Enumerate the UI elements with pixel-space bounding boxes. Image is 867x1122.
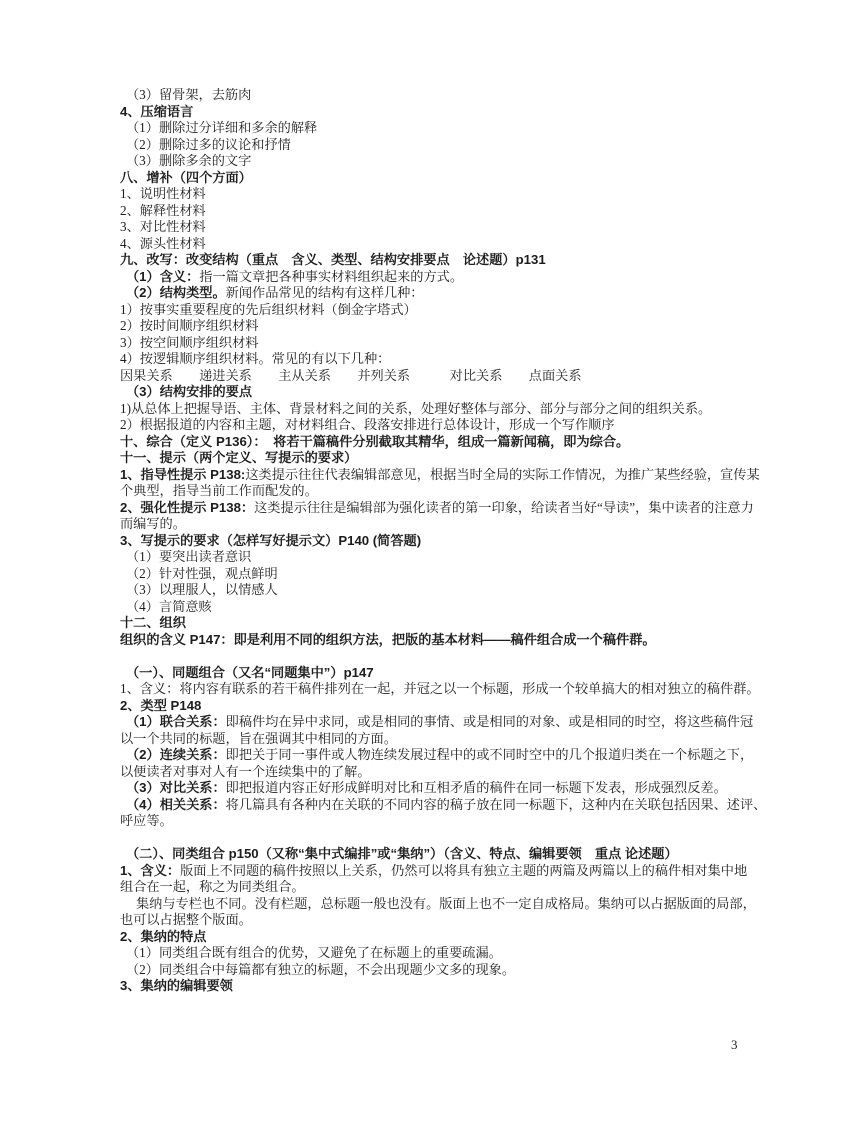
text-line: 3）按空间顺序组织材料 xyxy=(120,335,760,352)
text-line: 以一个共同的标题，旨在强调其中相同的方面。 xyxy=(120,731,760,748)
text-line: （4）相关关系：将几篇具有各种内在关联的不同内容的稿子放在同一标题下，这种内在关… xyxy=(120,797,760,814)
text-line: 组合在一起，称之为同类组合。 xyxy=(120,879,760,896)
text-line: （2）连续关系：即把关于同一事件或人物连续发展过程中的或不同时空中的几个报道归类… xyxy=(120,747,760,764)
bold-text-segment: 组织的含义 P147：即是利用不同的组织方法，把版的基本材料——稿件组合成一个稿… xyxy=(120,632,656,647)
text-segment: （3）删除多余的文字 xyxy=(126,153,251,168)
bold-text-segment: 1、指导性提示 P138: xyxy=(120,467,245,482)
text-segment: 以便读者对事对人有一个连续集中的了解。 xyxy=(120,764,371,779)
text-line: 1、含义：版面上不同题的稿件按照以上关系，仍然可以将具有独立主题的两篇及两篇以上… xyxy=(120,863,760,880)
text-line: 4、源头性材料 xyxy=(120,236,760,253)
text-segment: 集纳与专栏也不同。没有栏题，总标题一般也没有。版面上也不一定自成格局。集纳可以占… xyxy=(136,896,756,911)
bold-text-segment: 十二、组织 xyxy=(120,615,186,630)
text-line: （2）结构类型。新闻作品常见的结构有这样几种： xyxy=(120,285,760,302)
bold-text-segment: 八、增补（四个方面） xyxy=(120,170,252,185)
document-page: （3）留骨架，去筋肉4、压缩语言（1）删除过分详细和多余的解释（2）删除过多的议… xyxy=(0,0,867,1122)
text-line: 因果关系 递进关系 主从关系 并列关系 对比关系 点面关系 xyxy=(120,368,760,385)
text-segment: （2）针对性强，观点鲜明 xyxy=(126,566,278,581)
text-segment: （3）留骨架，去筋肉 xyxy=(126,87,251,102)
text-segment: 1、含义：将内容有联系的若干稿件排列在一起，并冠之以一个标题，形成一个较单搞大的… xyxy=(120,681,760,696)
text-line: 1、含义：将内容有联系的若干稿件排列在一起，并冠之以一个标题，形成一个较单搞大的… xyxy=(120,681,760,698)
text-line: 3、集纳的编辑要领 xyxy=(120,978,760,995)
text-segment: 1）按事实重要程度的先后组织材料（倒金字塔式） xyxy=(120,302,417,317)
text-line: （2）针对性强，观点鲜明 xyxy=(120,566,760,583)
text-segment: 1、说明性材料 xyxy=(120,186,206,201)
text-segment: （1）要突出读者意识 xyxy=(126,549,251,564)
text-line: 2、强化性提示 P138：这类提示往往是编辑部为强化读者的第一印象，给读者当好“… xyxy=(120,500,760,517)
text-line: 1、指导性提示 P138:这类提示往往代表编辑部意见，根据当时全局的实际工作情况… xyxy=(120,467,760,484)
text-segment: 即稿件均在异中求同，或是相同的事情、或是相同的对象、或是相同的时空，将这些稿件冠 xyxy=(226,714,754,729)
text-line: （3）对比关系：即把报道内容正好形成鲜明对比和互相矛盾的稿件在同一标题下发表，形… xyxy=(120,780,760,797)
bold-text-segment: 1、含义： xyxy=(120,863,180,878)
text-line: （1）联合关系：即稿件均在异中求同，或是相同的事情、或是相同的对象、或是相同的时… xyxy=(120,714,760,731)
text-line: 集纳与专栏也不同。没有栏题，总标题一般也没有。版面上也不一定自成格局。集纳可以占… xyxy=(120,896,760,913)
text-line: 九、改写：改变结构（重点 含义、类型、结构安排要点 论述题）p131 xyxy=(120,252,760,269)
text-segment: 新闻作品常见的结构有这样几种： xyxy=(226,285,424,300)
text-segment: 而编写的。 xyxy=(120,516,186,531)
text-line: （1）同类组合既有组合的优势，又避免了在标题上的重要疏漏。 xyxy=(120,945,760,962)
text-line: 1）按事实重要程度的先后组织材料（倒金字塔式） xyxy=(120,302,760,319)
text-line: （二）、同类组合 p150（又称“集中式编排”或“集纳”）（含义、特点、编辑要领… xyxy=(120,846,760,863)
text-line: 而编写的。 xyxy=(120,516,760,533)
text-line: 个典型，指导当前工作而配发的。 xyxy=(120,483,760,500)
bold-text-segment: （3）结构安排的要点 xyxy=(126,384,252,399)
text-line: （3）以理服人，以情感人 xyxy=(120,582,760,599)
text-line: 也可以占据整个版面。 xyxy=(120,912,760,929)
text-segment: 4、源头性材料 xyxy=(120,236,206,251)
blank-line xyxy=(120,648,760,665)
text-line: （3）删除多余的文字 xyxy=(120,153,760,170)
text-segment: 因果关系 递进关系 主从关系 并列关系 对比关系 点面关系 xyxy=(120,368,582,383)
text-segment: 即把报道内容正好形成鲜明对比和互相矛盾的稿件在同一标题下发表，形成强烈反差。 xyxy=(226,780,727,795)
bold-text-segment: 2、类型 P148 xyxy=(120,698,201,713)
bold-text-segment: 3、写提示的要求（怎样写好提示文）P140 (简答题) xyxy=(120,533,421,548)
bold-text-segment: （2）结构类型。 xyxy=(126,285,226,300)
text-line: 八、增补（四个方面） xyxy=(120,170,760,187)
text-segment: 以一个共同的标题，旨在强调其中相同的方面。 xyxy=(120,731,397,746)
text-line: （1）含义：指一篇文章把各种事实材料组织起来的方式。 xyxy=(120,269,760,286)
text-line: 2、类型 P148 xyxy=(120,698,760,715)
blank-line xyxy=(120,830,760,847)
text-segment: 也可以占据整个版面。 xyxy=(120,912,252,927)
bold-text-segment: （一）、同题组合（又名“同题集中”）p147 xyxy=(126,665,374,680)
bold-text-segment: （2）连续关系： xyxy=(126,747,226,762)
text-line: （1）删除过分详细和多余的解释 xyxy=(120,120,760,137)
bold-text-segment: （二）、同类组合 p150（又称“集中式编排”或“集纳”）（含义、特点、编辑要领… xyxy=(126,846,678,861)
text-line: （1）要突出读者意识 xyxy=(120,549,760,566)
text-line: （2）删除过多的议论和抒情 xyxy=(120,137,760,154)
bold-text-segment: 2、集纳的特点 xyxy=(120,929,206,944)
text-segment: （4）言简意赅 xyxy=(126,599,212,614)
text-line: （2）同类组合中每篇都有独立的标题，不会出现题少文多的现象。 xyxy=(120,962,760,979)
text-segment: （1）删除过分详细和多余的解释 xyxy=(126,120,317,135)
bold-text-segment: （4）相关关系： xyxy=(126,797,226,812)
bold-text-segment: 3、集纳的编辑要领 xyxy=(120,978,233,993)
text-line: 3、对比性材料 xyxy=(120,219,760,236)
text-segment: 1)从总体上把握导语、主体、背景材料之间的关系，处理好整体与部分、部分与部分之间… xyxy=(120,401,711,416)
text-line: 1、说明性材料 xyxy=(120,186,760,203)
page-number: 3 xyxy=(731,1037,738,1053)
text-segment: 版面上不同题的稿件按照以上关系，仍然可以将具有独立主题的两篇及两篇以上的稿件相对… xyxy=(180,863,747,878)
text-segment: （3）以理服人，以情感人 xyxy=(126,582,278,597)
text-segment: 2）根据报道的内容和主题，对材料组合、段落安排进行总体设计，形成一个写作顺序 xyxy=(120,417,615,432)
text-segment: 3）按空间顺序组织材料 xyxy=(120,335,258,350)
text-segment: 这类提示往往是编辑部为强化读者的第一印象，给读者当好“导读”，集中读者的注意力 xyxy=(254,500,754,515)
text-line: 2、集纳的特点 xyxy=(120,929,760,946)
bold-text-segment: 4、压缩语言 xyxy=(120,104,193,119)
document-body: （3）留骨架，去筋肉4、压缩语言（1）删除过分详细和多余的解释（2）删除过多的议… xyxy=(120,87,760,995)
text-segment: 呼应等。 xyxy=(120,813,173,828)
text-segment: 3、对比性材料 xyxy=(120,219,206,234)
text-segment: 4）按逻辑顺序组织材料。常见的有以下几种： xyxy=(120,351,390,366)
bold-text-segment: 十一、提示（两个定义、写提示的要求） xyxy=(120,450,357,465)
bold-text-segment: （3）对比关系： xyxy=(126,780,226,795)
text-line: 3、写提示的要求（怎样写好提示文）P140 (简答题) xyxy=(120,533,760,550)
text-line: 呼应等。 xyxy=(120,813,760,830)
text-segment: 2、解释性材料 xyxy=(120,203,206,218)
text-segment: 组合在一起，称之为同类组合。 xyxy=(120,879,305,894)
text-segment: （2）同类组合中每篇都有独立的标题，不会出现题少文多的现象。 xyxy=(126,962,515,977)
text-line: 十一、提示（两个定义、写提示的要求） xyxy=(120,450,760,467)
text-line: 组织的含义 P147：即是利用不同的组织方法，把版的基本材料——稿件组合成一个稿… xyxy=(120,632,760,649)
text-segment: 2）按时间顺序组织材料 xyxy=(120,318,258,333)
text-line: 2）根据报道的内容和主题，对材料组合、段落安排进行总体设计，形成一个写作顺序 xyxy=(120,417,760,434)
text-line: （一）、同题组合（又名“同题集中”）p147 xyxy=(120,665,760,682)
bold-text-segment: （1）含义： xyxy=(126,269,199,284)
text-line: （3）结构安排的要点 xyxy=(120,384,760,401)
text-segment: （2）删除过多的议论和抒情 xyxy=(126,137,291,152)
text-line: 4、压缩语言 xyxy=(120,104,760,121)
text-line: 1)从总体上把握导语、主体、背景材料之间的关系，处理好整体与部分、部分与部分之间… xyxy=(120,401,760,418)
text-line: （3）留骨架，去筋肉 xyxy=(120,87,760,104)
text-line: 2、解释性材料 xyxy=(120,203,760,220)
text-segment: 个典型，指导当前工作而配发的。 xyxy=(120,483,318,498)
text-line: 十、综合（定义 P136）： 将若干篇稿件分别截取其精华，组成一篇新闻稿，即为综… xyxy=(120,434,760,451)
bold-text-segment: 十、综合（定义 P136）： 将若干篇稿件分别截取其精华，组成一篇新闻稿，即为综… xyxy=(120,434,629,449)
bold-text-segment: 九、改写：改变结构（重点 含义、类型、结构安排要点 论述题）p131 xyxy=(120,252,546,267)
text-line: 4）按逻辑顺序组织材料。常见的有以下几种： xyxy=(120,351,760,368)
text-line: 2）按时间顺序组织材料 xyxy=(120,318,760,335)
text-line: 以便读者对事对人有一个连续集中的了解。 xyxy=(120,764,760,781)
text-line: 十二、组织 xyxy=(120,615,760,632)
text-line: （4）言简意赅 xyxy=(120,599,760,616)
text-segment: 指一篇文章把各种事实材料组织起来的方式。 xyxy=(199,269,463,284)
bold-text-segment: 2、强化性提示 P138： xyxy=(120,500,254,515)
text-segment: 将几篇具有各种内在关联的不同内容的稿子放在同一标题下，这种内在关联包括因果、述评… xyxy=(226,797,767,812)
text-segment: （1）同类组合既有组合的优势，又避免了在标题上的重要疏漏。 xyxy=(126,945,502,960)
text-segment: 这类提示往往代表编辑部意见，根据当时全局的实际工作情况，为推广某些经验，宣传某 xyxy=(245,467,759,482)
bold-text-segment: （1）联合关系： xyxy=(126,714,226,729)
text-segment: 即把关于同一事件或人物连续发展过程中的或不同时空中的几个报道归类在一个标题之下， xyxy=(226,747,754,762)
